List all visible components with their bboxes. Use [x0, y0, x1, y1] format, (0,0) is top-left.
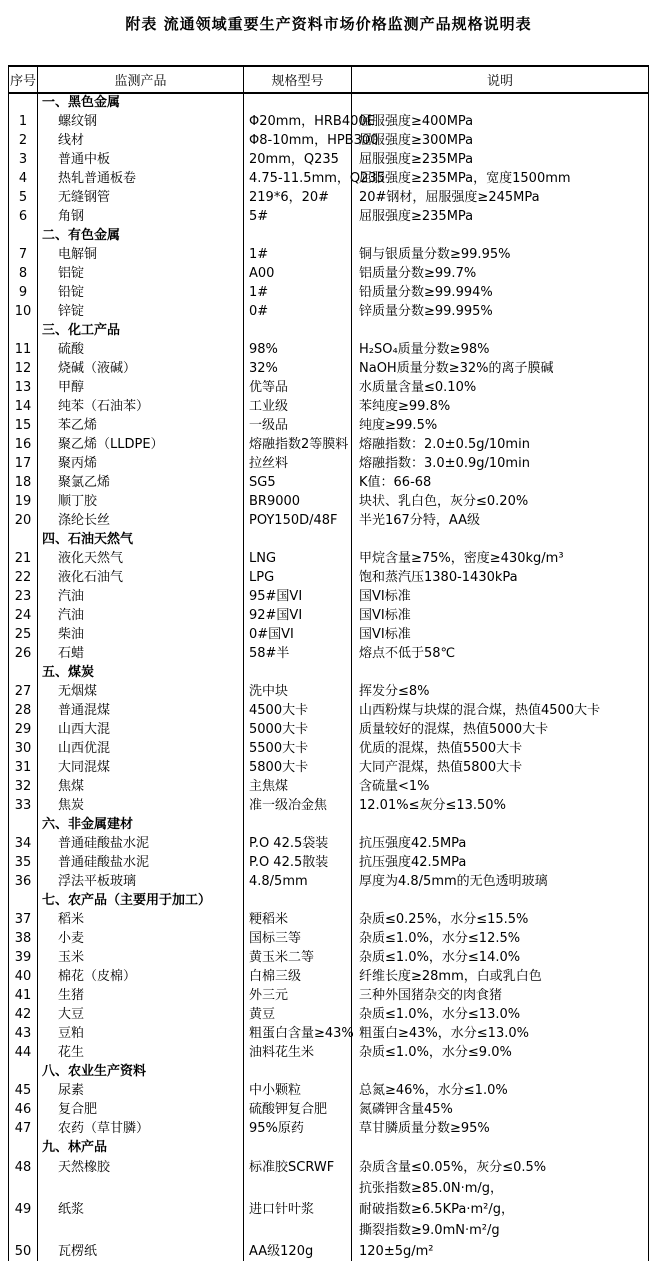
cell-spec: POY150D/48F — [243, 512, 351, 531]
cell-product: 山西大混 — [37, 721, 243, 740]
cell-product: 液化天然气 — [37, 550, 243, 569]
cell-spec: 5500大卡 — [243, 740, 351, 759]
cell-spec: 外三元 — [243, 987, 351, 1006]
cell-no — [9, 1221, 37, 1242]
table-row: 45尿素中小颗粒总氮≥46%，水分≤1.0% — [9, 1082, 648, 1101]
cell-spec: 优等品 — [243, 379, 351, 398]
cell-no: 46 — [9, 1101, 37, 1120]
cell-no: 10 — [9, 303, 37, 322]
cell-spec: 熔融指数2等膜料 — [243, 436, 351, 455]
table-row: 46复合肥硫酸钾复合肥氮磷钾含量45% — [9, 1101, 648, 1120]
cell-product: 聚氯乙烯 — [37, 474, 243, 493]
cell-spec — [243, 816, 351, 835]
cell-spec: LNG — [243, 550, 351, 569]
cell-spec: 98% — [243, 341, 351, 360]
cell-desc: 屈服强度≥235MPa — [351, 208, 648, 227]
cell-no — [9, 227, 37, 246]
cell-product: 液化石油气 — [37, 569, 243, 588]
cell-product: 铝锭 — [37, 265, 243, 284]
cell-no: 19 — [9, 493, 37, 512]
cell-spec: 95%原药 — [243, 1120, 351, 1139]
cell-no: 49 — [9, 1200, 37, 1221]
cell-desc: 20#钢材，屈服强度≥245MPa — [351, 189, 648, 208]
table-row: 6角钢5#屈服强度≥235MPa — [9, 208, 648, 227]
cell-desc: 铜与银质量分数≥99.95% — [351, 246, 648, 265]
cell-spec: Φ8-10mm，HPB300 — [243, 132, 351, 151]
cell-desc — [351, 1139, 648, 1158]
cell-desc: 半光167分特，AA级 — [351, 512, 648, 531]
cell-desc: 挥发分≤8% — [351, 683, 648, 702]
cell-no: 5 — [9, 189, 37, 208]
cell-product: 生猪 — [37, 987, 243, 1006]
cell-product: 热轧普通板卷 — [37, 170, 243, 189]
cell-spec: 4500大卡 — [243, 702, 351, 721]
cell-spec: 4.8/5mm — [243, 873, 351, 892]
cell-no: 28 — [9, 702, 37, 721]
cell-desc: 国VI标准 — [351, 607, 648, 626]
cell-spec — [243, 1063, 351, 1082]
cell-spec: LPG — [243, 569, 351, 588]
cell-product: 大同混煤 — [37, 759, 243, 778]
cell-spec: P.O 42.5袋装 — [243, 835, 351, 854]
cell-no: 23 — [9, 588, 37, 607]
table-row: 33焦炭准一级冶金焦12.01%≤灰分≤13.50% — [9, 797, 648, 816]
cell-spec — [243, 94, 351, 113]
table-row: 4热轧普通板卷4.75-11.5mm，Q235屈服强度≥235MPa，宽度150… — [9, 170, 648, 189]
table-row: 1螺纹钢Φ20mm，HRB400E屈服强度≥400MPa — [9, 113, 648, 132]
cell-product: 苯乙烯 — [37, 417, 243, 436]
cell-spec: 白棉三级 — [243, 968, 351, 987]
table-row: 23汽油95#国VI国VI标准 — [9, 588, 648, 607]
cell-spec: 5000大卡 — [243, 721, 351, 740]
cell-desc: 甲烷含量≥75%，密度≥430kg/m³ — [351, 550, 648, 569]
cell-no: 29 — [9, 721, 37, 740]
table-row: 12烧碱（液碱）32%NaOH质量分数≥32%的离子膜碱 — [9, 360, 648, 379]
cell-no — [9, 1139, 37, 1158]
cell-desc: 熔点不低于58℃ — [351, 645, 648, 664]
cell-no: 44 — [9, 1044, 37, 1063]
cell-spec: BR9000 — [243, 493, 351, 512]
cell-spec: 92#国VI — [243, 607, 351, 626]
cell-product: 浮法平板玻璃 — [37, 873, 243, 892]
cell-no: 35 — [9, 854, 37, 873]
cell-no: 41 — [9, 987, 37, 1006]
section-header-row: 七、农产品（主要用于加工） — [9, 892, 648, 911]
cell-spec: 0#国VI — [243, 626, 351, 645]
cell-desc: 国VI标准 — [351, 626, 648, 645]
table-row: 撕裂指数≥9.0mN·m²/g — [9, 1221, 648, 1242]
cell-spec: 拉丝料 — [243, 455, 351, 474]
cell-desc: 12.01%≤灰分≤13.50% — [351, 797, 648, 816]
cell-product: 普通中板 — [37, 151, 243, 170]
cell-desc: 三种外国猪杂交的肉食猪 — [351, 987, 648, 1006]
cell-product — [37, 1221, 243, 1242]
cell-no: 4 — [9, 170, 37, 189]
cell-no: 32 — [9, 778, 37, 797]
cell-no: 8 — [9, 265, 37, 284]
table-row: 30山西优混5500大卡优质的混煤，热值5500大卡 — [9, 740, 648, 759]
cell-no: 22 — [9, 569, 37, 588]
cell-no: 37 — [9, 911, 37, 930]
cell-desc: 苯纯度≥99.8% — [351, 398, 648, 417]
section-header-row: 八、农业生产资料 — [9, 1063, 648, 1082]
cell-desc — [351, 322, 648, 341]
cell-desc: 优质的混煤，热值5500大卡 — [351, 740, 648, 759]
cell-desc — [351, 94, 648, 113]
table-row: 50瓦楞纸AA级120g120±5g/m² — [9, 1242, 648, 1261]
cell-spec: 5# — [243, 208, 351, 227]
cell-product: 稻米 — [37, 911, 243, 930]
cell-desc — [351, 531, 648, 550]
cell-spec — [243, 1139, 351, 1158]
cell-spec: 219*6，20# — [243, 189, 351, 208]
cell-spec: 1# — [243, 246, 351, 265]
cell-desc: 饱和蒸汽压1380-1430kPa — [351, 569, 648, 588]
section-header-row: 九、林产品 — [9, 1139, 648, 1158]
cell-spec: 硫酸钾复合肥 — [243, 1101, 351, 1120]
cell-desc: 熔融指数：2.0±0.5g/10min — [351, 436, 648, 455]
cell-desc: 厚度为4.8/5mm的无色透明玻璃 — [351, 873, 648, 892]
cell-no: 1 — [9, 113, 37, 132]
cell-no: 48 — [9, 1158, 37, 1179]
cell-product: 纯苯（石油苯） — [37, 398, 243, 417]
table-row: 20涤纶长丝POY150D/48F半光167分特，AA级 — [9, 512, 648, 531]
cell-desc: 杂质≤1.0%，水分≤9.0% — [351, 1044, 648, 1063]
cell-desc: K值：66-68 — [351, 474, 648, 493]
cell-desc: 粗蛋白≥43%，水分≤13.0% — [351, 1025, 648, 1044]
cell-product: 锌锭 — [37, 303, 243, 322]
cell-spec — [243, 664, 351, 683]
table-row: 27无烟煤洗中块挥发分≤8% — [9, 683, 648, 702]
cell-spec: 95#国VI — [243, 588, 351, 607]
cell-no — [9, 816, 37, 835]
cell-desc: 纤维长度≥28mm，白或乳白色 — [351, 968, 648, 987]
table-row: 40棉花（皮棉）白棉三级纤维长度≥28mm，白或乳白色 — [9, 968, 648, 987]
cell-desc: 氮磷钾含量45% — [351, 1101, 648, 1120]
section-header-row: 一、黑色金属 — [9, 94, 648, 113]
cell-no: 15 — [9, 417, 37, 436]
table-row: 24汽油92#国VI国VI标准 — [9, 607, 648, 626]
cell-spec: A00 — [243, 265, 351, 284]
cell-desc: 铝质量分数≥99.7% — [351, 265, 648, 284]
table-body: 一、黑色金属1螺纹钢Φ20mm，HRB400E屈服强度≥400MPa2线材Φ8-… — [9, 94, 648, 1261]
cell-spec: 主焦煤 — [243, 778, 351, 797]
cell-product: 大豆 — [37, 1006, 243, 1025]
table-row: 16聚乙烯（LLDPE）熔融指数2等膜料熔融指数：2.0±0.5g/10min — [9, 436, 648, 455]
cell-product: 硫酸 — [37, 341, 243, 360]
cell-spec: 一级品 — [243, 417, 351, 436]
table-row: 42大豆黄豆杂质≤1.0%，水分≤13.0% — [9, 1006, 648, 1025]
cell-desc: 抗压强度42.5MPa — [351, 835, 648, 854]
cell-product: 聚丙烯 — [37, 455, 243, 474]
table-row: 47农药（草甘膦）95%原药草甘膦质量分数≥95% — [9, 1120, 648, 1139]
cell-desc: 大同产混煤，热值5800大卡 — [351, 759, 648, 778]
table-row: 21液化天然气LNG甲烷含量≥75%，密度≥430kg/m³ — [9, 550, 648, 569]
cell-no — [9, 322, 37, 341]
cell-desc: NaOH质量分数≥32%的离子膜碱 — [351, 360, 648, 379]
cell-desc: 总氮≥46%，水分≤1.0% — [351, 1082, 648, 1101]
cell-no: 24 — [9, 607, 37, 626]
cell-no — [9, 664, 37, 683]
table-row: 8铝锭A00铝质量分数≥99.7% — [9, 265, 648, 284]
cell-desc: 120±5g/m² — [351, 1242, 648, 1261]
cell-no: 21 — [9, 550, 37, 569]
section-header-row: 三、化工产品 — [9, 322, 648, 341]
cell-desc: H₂SO₄质量分数≥98% — [351, 341, 648, 360]
table-row: 36浮法平板玻璃4.8/5mm厚度为4.8/5mm的无色透明玻璃 — [9, 873, 648, 892]
cell-product: 瓦楞纸 — [37, 1242, 243, 1261]
table-row: 29山西大混5000大卡质量较好的混煤，热值5000大卡 — [9, 721, 648, 740]
cell-product: 普通混煤 — [37, 702, 243, 721]
cell-no: 3 — [9, 151, 37, 170]
table-header-row: 序号 监测产品 规格型号 说明 — [9, 67, 648, 94]
section-header-row: 二、有色金属 — [9, 227, 648, 246]
cell-desc: 杂质≤1.0%，水分≤12.5% — [351, 930, 648, 949]
cell-no: 31 — [9, 759, 37, 778]
cell-desc: 杂质≤0.25%，水分≤15.5% — [351, 911, 648, 930]
cell-no: 25 — [9, 626, 37, 645]
cell-spec: 粗蛋白含量≥43% — [243, 1025, 351, 1044]
cell-desc: 铅质量分数≥99.994% — [351, 284, 648, 303]
cell-spec: 20mm，Q235 — [243, 151, 351, 170]
cell-spec: 粳稻米 — [243, 911, 351, 930]
cell-desc: 屈服强度≥235MPa — [351, 151, 648, 170]
cell-no: 39 — [9, 949, 37, 968]
cell-product: 螺纹钢 — [37, 113, 243, 132]
cell-no: 7 — [9, 246, 37, 265]
cell-no: 12 — [9, 360, 37, 379]
cell-product: 铅锭 — [37, 284, 243, 303]
cell-spec: 黄玉米二等 — [243, 949, 351, 968]
cell-product: 尿素 — [37, 1082, 243, 1101]
cell-no: 43 — [9, 1025, 37, 1044]
table-row: 3普通中板20mm，Q235屈服强度≥235MPa — [9, 151, 648, 170]
cell-spec — [243, 322, 351, 341]
cell-spec: 0# — [243, 303, 351, 322]
cell-spec: 4.75-11.5mm，Q235 — [243, 170, 351, 189]
cell-no: 26 — [9, 645, 37, 664]
cell-product: 一、黑色金属 — [37, 94, 243, 113]
cell-desc: 含硫量<1% — [351, 778, 648, 797]
cell-desc: 撕裂指数≥9.0mN·m²/g — [351, 1221, 648, 1242]
document-page: 附表 流通领域重要生产资料市场价格监测产品规格说明表 序号 监测产品 规格型号 … — [0, 0, 657, 1261]
table-row: 38小麦国标三等杂质≤1.0%，水分≤12.5% — [9, 930, 648, 949]
cell-product: 顺丁胶 — [37, 493, 243, 512]
cell-no: 38 — [9, 930, 37, 949]
table-row: 44花生油料花生米杂质≤1.0%，水分≤9.0% — [9, 1044, 648, 1063]
table-row: 5无缝钢管219*6，20#20#钢材，屈服强度≥245MPa — [9, 189, 648, 208]
section-header-row: 四、石油天然气 — [9, 531, 648, 550]
cell-desc: 锌质量分数≥99.995% — [351, 303, 648, 322]
spec-table: 序号 监测产品 规格型号 说明 一、黑色金属1螺纹钢Φ20mm，HRB400E屈… — [8, 65, 649, 1261]
cell-no — [9, 1179, 37, 1200]
cell-no: 16 — [9, 436, 37, 455]
cell-product: 八、农业生产资料 — [37, 1063, 243, 1082]
cell-product: 山西优混 — [37, 740, 243, 759]
cell-spec — [243, 531, 351, 550]
table-row: 37稻米粳稻米杂质≤0.25%，水分≤15.5% — [9, 911, 648, 930]
section-header-row: 五、煤炭 — [9, 664, 648, 683]
cell-desc: 质量较好的混煤，热值5000大卡 — [351, 721, 648, 740]
cell-product: 普通硅酸盐水泥 — [37, 835, 243, 854]
cell-desc — [351, 227, 648, 246]
cell-spec: P.O 42.5散装 — [243, 854, 351, 873]
table-row: 7电解铜1#铜与银质量分数≥99.95% — [9, 246, 648, 265]
cell-desc — [351, 664, 648, 683]
cell-product: 农药（草甘膦） — [37, 1120, 243, 1139]
cell-desc: 屈服强度≥300MPa — [351, 132, 648, 151]
table-row: 48天然橡胶标准胶SCRWF杂质含量≤0.05%，灰分≤0.5% — [9, 1158, 648, 1179]
cell-desc — [351, 816, 648, 835]
cell-product: 汽油 — [37, 588, 243, 607]
cell-no: 18 — [9, 474, 37, 493]
table-row: 9铅锭1#铅质量分数≥99.994% — [9, 284, 648, 303]
cell-no: 42 — [9, 1006, 37, 1025]
cell-no — [9, 94, 37, 113]
table-row: 22液化石油气LPG饱和蒸汽压1380-1430kPa — [9, 569, 648, 588]
cell-desc: 草甘膦质量分数≥95% — [351, 1120, 648, 1139]
cell-product: 石蜡 — [37, 645, 243, 664]
cell-product: 甲醇 — [37, 379, 243, 398]
cell-no — [9, 1063, 37, 1082]
column-header-no: 序号 — [9, 67, 37, 92]
column-header-desc: 说明 — [351, 67, 648, 92]
cell-spec: Φ20mm，HRB400E — [243, 113, 351, 132]
table-row: 19顺丁胶BR9000块状、乳白色，灰分≤0.20% — [9, 493, 648, 512]
cell-product: 无缝钢管 — [37, 189, 243, 208]
cell-product: 四、石油天然气 — [37, 531, 243, 550]
table-row: 39玉米黄玉米二等杂质≤1.0%，水分≤14.0% — [9, 949, 648, 968]
cell-product: 线材 — [37, 132, 243, 151]
cell-no: 20 — [9, 512, 37, 531]
cell-desc: 熔融指数：3.0±0.9g/10min — [351, 455, 648, 474]
cell-product: 花生 — [37, 1044, 243, 1063]
cell-no: 17 — [9, 455, 37, 474]
table-row: 15苯乙烯一级品纯度≥99.5% — [9, 417, 648, 436]
cell-spec: 油料花生米 — [243, 1044, 351, 1063]
cell-spec: 准一级冶金焦 — [243, 797, 351, 816]
table-row: 31大同混煤5800大卡大同产混煤，热值5800大卡 — [9, 759, 648, 778]
cell-no: 50 — [9, 1242, 37, 1261]
cell-no: 11 — [9, 341, 37, 360]
table-row: 43豆粕粗蛋白含量≥43%粗蛋白≥43%，水分≤13.0% — [9, 1025, 648, 1044]
cell-product: 二、有色金属 — [37, 227, 243, 246]
cell-product: 涤纶长丝 — [37, 512, 243, 531]
cell-product: 九、林产品 — [37, 1139, 243, 1158]
cell-desc — [351, 1063, 648, 1082]
table-row: 41生猪外三元三种外国猪杂交的肉食猪 — [9, 987, 648, 1006]
cell-product: 无烟煤 — [37, 683, 243, 702]
page-title: 附表 流通领域重要生产资料市场价格监测产品规格说明表 — [0, 0, 657, 34]
cell-spec: 中小颗粒 — [243, 1082, 351, 1101]
cell-desc: 杂质含量≤0.05%，灰分≤0.5% — [351, 1158, 648, 1179]
cell-desc: 屈服强度≥235MPa，宽度1500mm — [351, 170, 648, 189]
cell-product: 复合肥 — [37, 1101, 243, 1120]
cell-spec — [243, 892, 351, 911]
cell-product: 角钢 — [37, 208, 243, 227]
table-row: 13甲醇优等品水质量含量≤0.10% — [9, 379, 648, 398]
table-row: 10锌锭0#锌质量分数≥99.995% — [9, 303, 648, 322]
cell-product: 棉花（皮棉） — [37, 968, 243, 987]
cell-no: 6 — [9, 208, 37, 227]
cell-desc: 抗张指数≥85.0N·m/g， — [351, 1179, 648, 1200]
cell-desc — [351, 892, 648, 911]
cell-spec: 标准胶SCRWF — [243, 1158, 351, 1179]
cell-no: 2 — [9, 132, 37, 151]
cell-product: 焦煤 — [37, 778, 243, 797]
cell-desc: 杂质≤1.0%，水分≤14.0% — [351, 949, 648, 968]
table-row: 18聚氯乙烯SG5K值：66-68 — [9, 474, 648, 493]
table-row: 11硫酸98%H₂SO₄质量分数≥98% — [9, 341, 648, 360]
cell-no: 13 — [9, 379, 37, 398]
cell-product: 七、农产品（主要用于加工） — [37, 892, 243, 911]
cell-desc: 国VI标准 — [351, 588, 648, 607]
cell-spec: 58#半 — [243, 645, 351, 664]
cell-spec — [243, 1179, 351, 1200]
table-row: 25柴油0#国VI国VI标准 — [9, 626, 648, 645]
cell-no: 27 — [9, 683, 37, 702]
cell-spec: 国标三等 — [243, 930, 351, 949]
cell-no — [9, 892, 37, 911]
column-header-product: 监测产品 — [37, 67, 243, 92]
cell-product: 五、煤炭 — [37, 664, 243, 683]
table-row: 2线材Φ8-10mm，HPB300屈服强度≥300MPa — [9, 132, 648, 151]
cell-desc: 纯度≥99.5% — [351, 417, 648, 436]
cell-product: 烧碱（液碱） — [37, 360, 243, 379]
table-row: 32焦煤主焦煤含硫量<1% — [9, 778, 648, 797]
table-row: 49纸浆进口针叶浆耐破指数≥6.5KPa·m²/g， — [9, 1200, 648, 1221]
cell-spec: AA级120g — [243, 1242, 351, 1261]
cell-product: 聚乙烯（LLDPE） — [37, 436, 243, 455]
cell-product: 玉米 — [37, 949, 243, 968]
cell-spec: 洗中块 — [243, 683, 351, 702]
cell-product: 电解铜 — [37, 246, 243, 265]
cell-desc: 杂质≤1.0%，水分≤13.0% — [351, 1006, 648, 1025]
cell-product: 豆粕 — [37, 1025, 243, 1044]
table-row: 26石蜡58#半熔点不低于58℃ — [9, 645, 648, 664]
table-row: 34普通硅酸盐水泥P.O 42.5袋装抗压强度42.5MPa — [9, 835, 648, 854]
cell-desc: 耐破指数≥6.5KPa·m²/g， — [351, 1200, 648, 1221]
table-row: 14纯苯（石油苯）工业级苯纯度≥99.8% — [9, 398, 648, 417]
cell-spec — [243, 1221, 351, 1242]
cell-no: 47 — [9, 1120, 37, 1139]
cell-spec: 黄豆 — [243, 1006, 351, 1025]
cell-product: 普通硅酸盐水泥 — [37, 854, 243, 873]
cell-spec: 5800大卡 — [243, 759, 351, 778]
cell-spec — [243, 227, 351, 246]
cell-product — [37, 1179, 243, 1200]
cell-spec: 工业级 — [243, 398, 351, 417]
table-row: 抗张指数≥85.0N·m/g， — [9, 1179, 648, 1200]
cell-no: 14 — [9, 398, 37, 417]
table-row: 28普通混煤4500大卡山西粉煤与块煤的混合煤，热值4500大卡 — [9, 702, 648, 721]
cell-no: 33 — [9, 797, 37, 816]
cell-spec: 32% — [243, 360, 351, 379]
cell-product: 纸浆 — [37, 1200, 243, 1221]
cell-product: 六、非金属建材 — [37, 816, 243, 835]
cell-no: 45 — [9, 1082, 37, 1101]
cell-product: 三、化工产品 — [37, 322, 243, 341]
cell-product: 小麦 — [37, 930, 243, 949]
cell-desc: 屈服强度≥400MPa — [351, 113, 648, 132]
cell-product: 汽油 — [37, 607, 243, 626]
table-row: 17聚丙烯拉丝料熔融指数：3.0±0.9g/10min — [9, 455, 648, 474]
cell-no: 36 — [9, 873, 37, 892]
cell-desc: 水质量含量≤0.10% — [351, 379, 648, 398]
cell-no: 34 — [9, 835, 37, 854]
cell-product: 天然橡胶 — [37, 1158, 243, 1179]
cell-desc: 块状、乳白色，灰分≤0.20% — [351, 493, 648, 512]
